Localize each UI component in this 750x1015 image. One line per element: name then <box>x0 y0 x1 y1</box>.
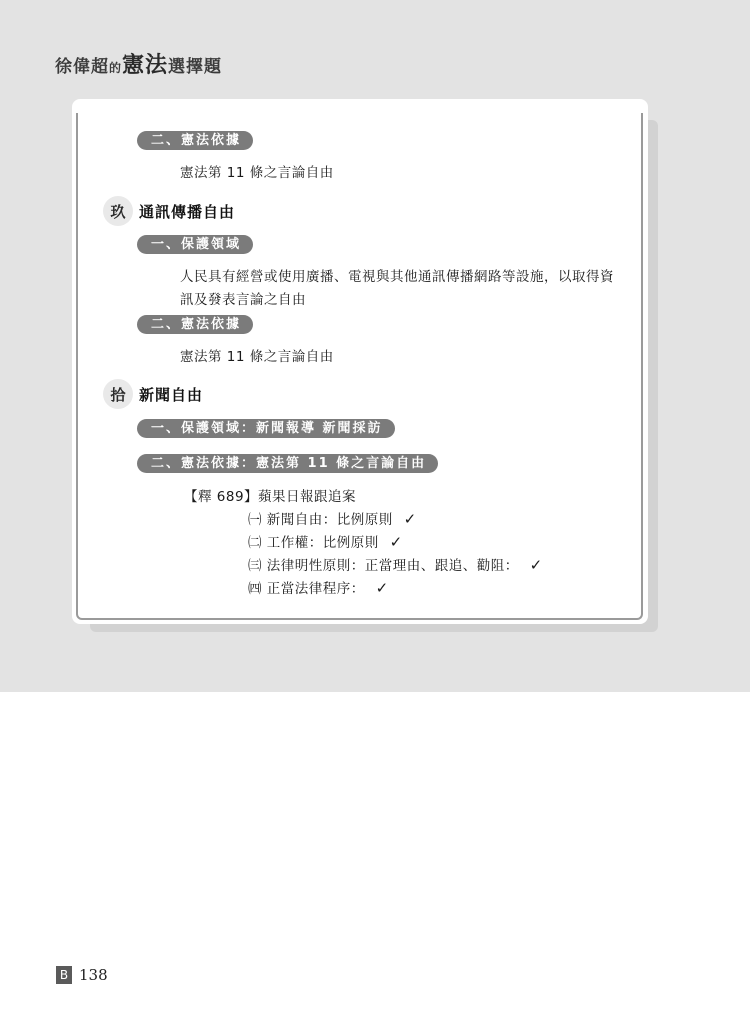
section-10-scope-pill: 一、保護領域：新聞報導 新聞採訪 <box>137 419 395 438</box>
book-title-subject: 憲法 <box>122 52 168 78</box>
item-marker: ㈠ <box>248 512 262 528</box>
section-9-number: 玖 <box>103 196 133 226</box>
section-9-scope-pill: 一、保護領域 <box>137 235 253 254</box>
section-9-title: 通訊傳播自由 <box>139 201 235 222</box>
section-9-basis-pill: 二、憲法依據 <box>137 315 253 334</box>
case-item: ㈡ 工作權：比例原則 ✓ <box>248 531 403 551</box>
case-reference: 【釋 689】蘋果日報跟追案 <box>184 485 356 505</box>
section-10-title: 新聞自由 <box>139 384 203 405</box>
check-icon: ✓ <box>404 510 417 528</box>
item-marker: ㈢ <box>248 558 262 574</box>
check-icon: ✓ <box>376 579 389 597</box>
book-title-author: 徐偉超 <box>55 57 109 77</box>
case-item: ㈢ 法律明性原則：正當理由、跟追、勸阻： ✓ <box>248 554 543 574</box>
section-9-scope-line1: 人民具有經營或使用廣播、電視與其他通訊傳播網路等設施，以取得資 <box>180 265 614 285</box>
case-item: ㈣ 正當法律程序： ✓ <box>248 577 389 597</box>
case-item: ㈠ 新聞自由：比例原則 ✓ <box>248 508 417 528</box>
page-number: 138 <box>79 966 108 984</box>
item-marker: ㈡ <box>248 535 262 551</box>
check-icon: ✓ <box>390 533 403 551</box>
item-text: 法律明性原則：正當理由、跟追、勸阻： <box>267 558 519 574</box>
check-icon: ✓ <box>530 556 543 574</box>
item-text: 正當法律程序： <box>267 581 365 597</box>
item-marker: ㈣ <box>248 581 262 597</box>
book-title: 徐偉超的憲法選擇題 <box>55 48 222 79</box>
prev-basis-text: 憲法第 11 條之言論自由 <box>180 161 334 181</box>
prev-basis-pill: 二、憲法依據 <box>137 131 253 150</box>
item-text: 工作權：比例原則 <box>267 535 379 551</box>
part-badge: B <box>56 966 72 984</box>
section-9-heading: 玖 通訊傳播自由 <box>103 196 235 226</box>
book-title-type: 選擇題 <box>168 57 222 77</box>
section-10-basis-pill: 二、憲法依據：憲法第 11 條之言論自由 <box>137 454 438 473</box>
section-9-scope-line2: 訊及發表言論之自由 <box>180 288 306 308</box>
section-10-heading: 拾 新聞自由 <box>103 379 203 409</box>
section-9-basis-text: 憲法第 11 條之言論自由 <box>180 345 334 365</box>
item-text: 新聞自由：比例原則 <box>267 512 393 528</box>
book-title-particle: 的 <box>109 61 122 75</box>
section-10-number: 拾 <box>103 379 133 409</box>
